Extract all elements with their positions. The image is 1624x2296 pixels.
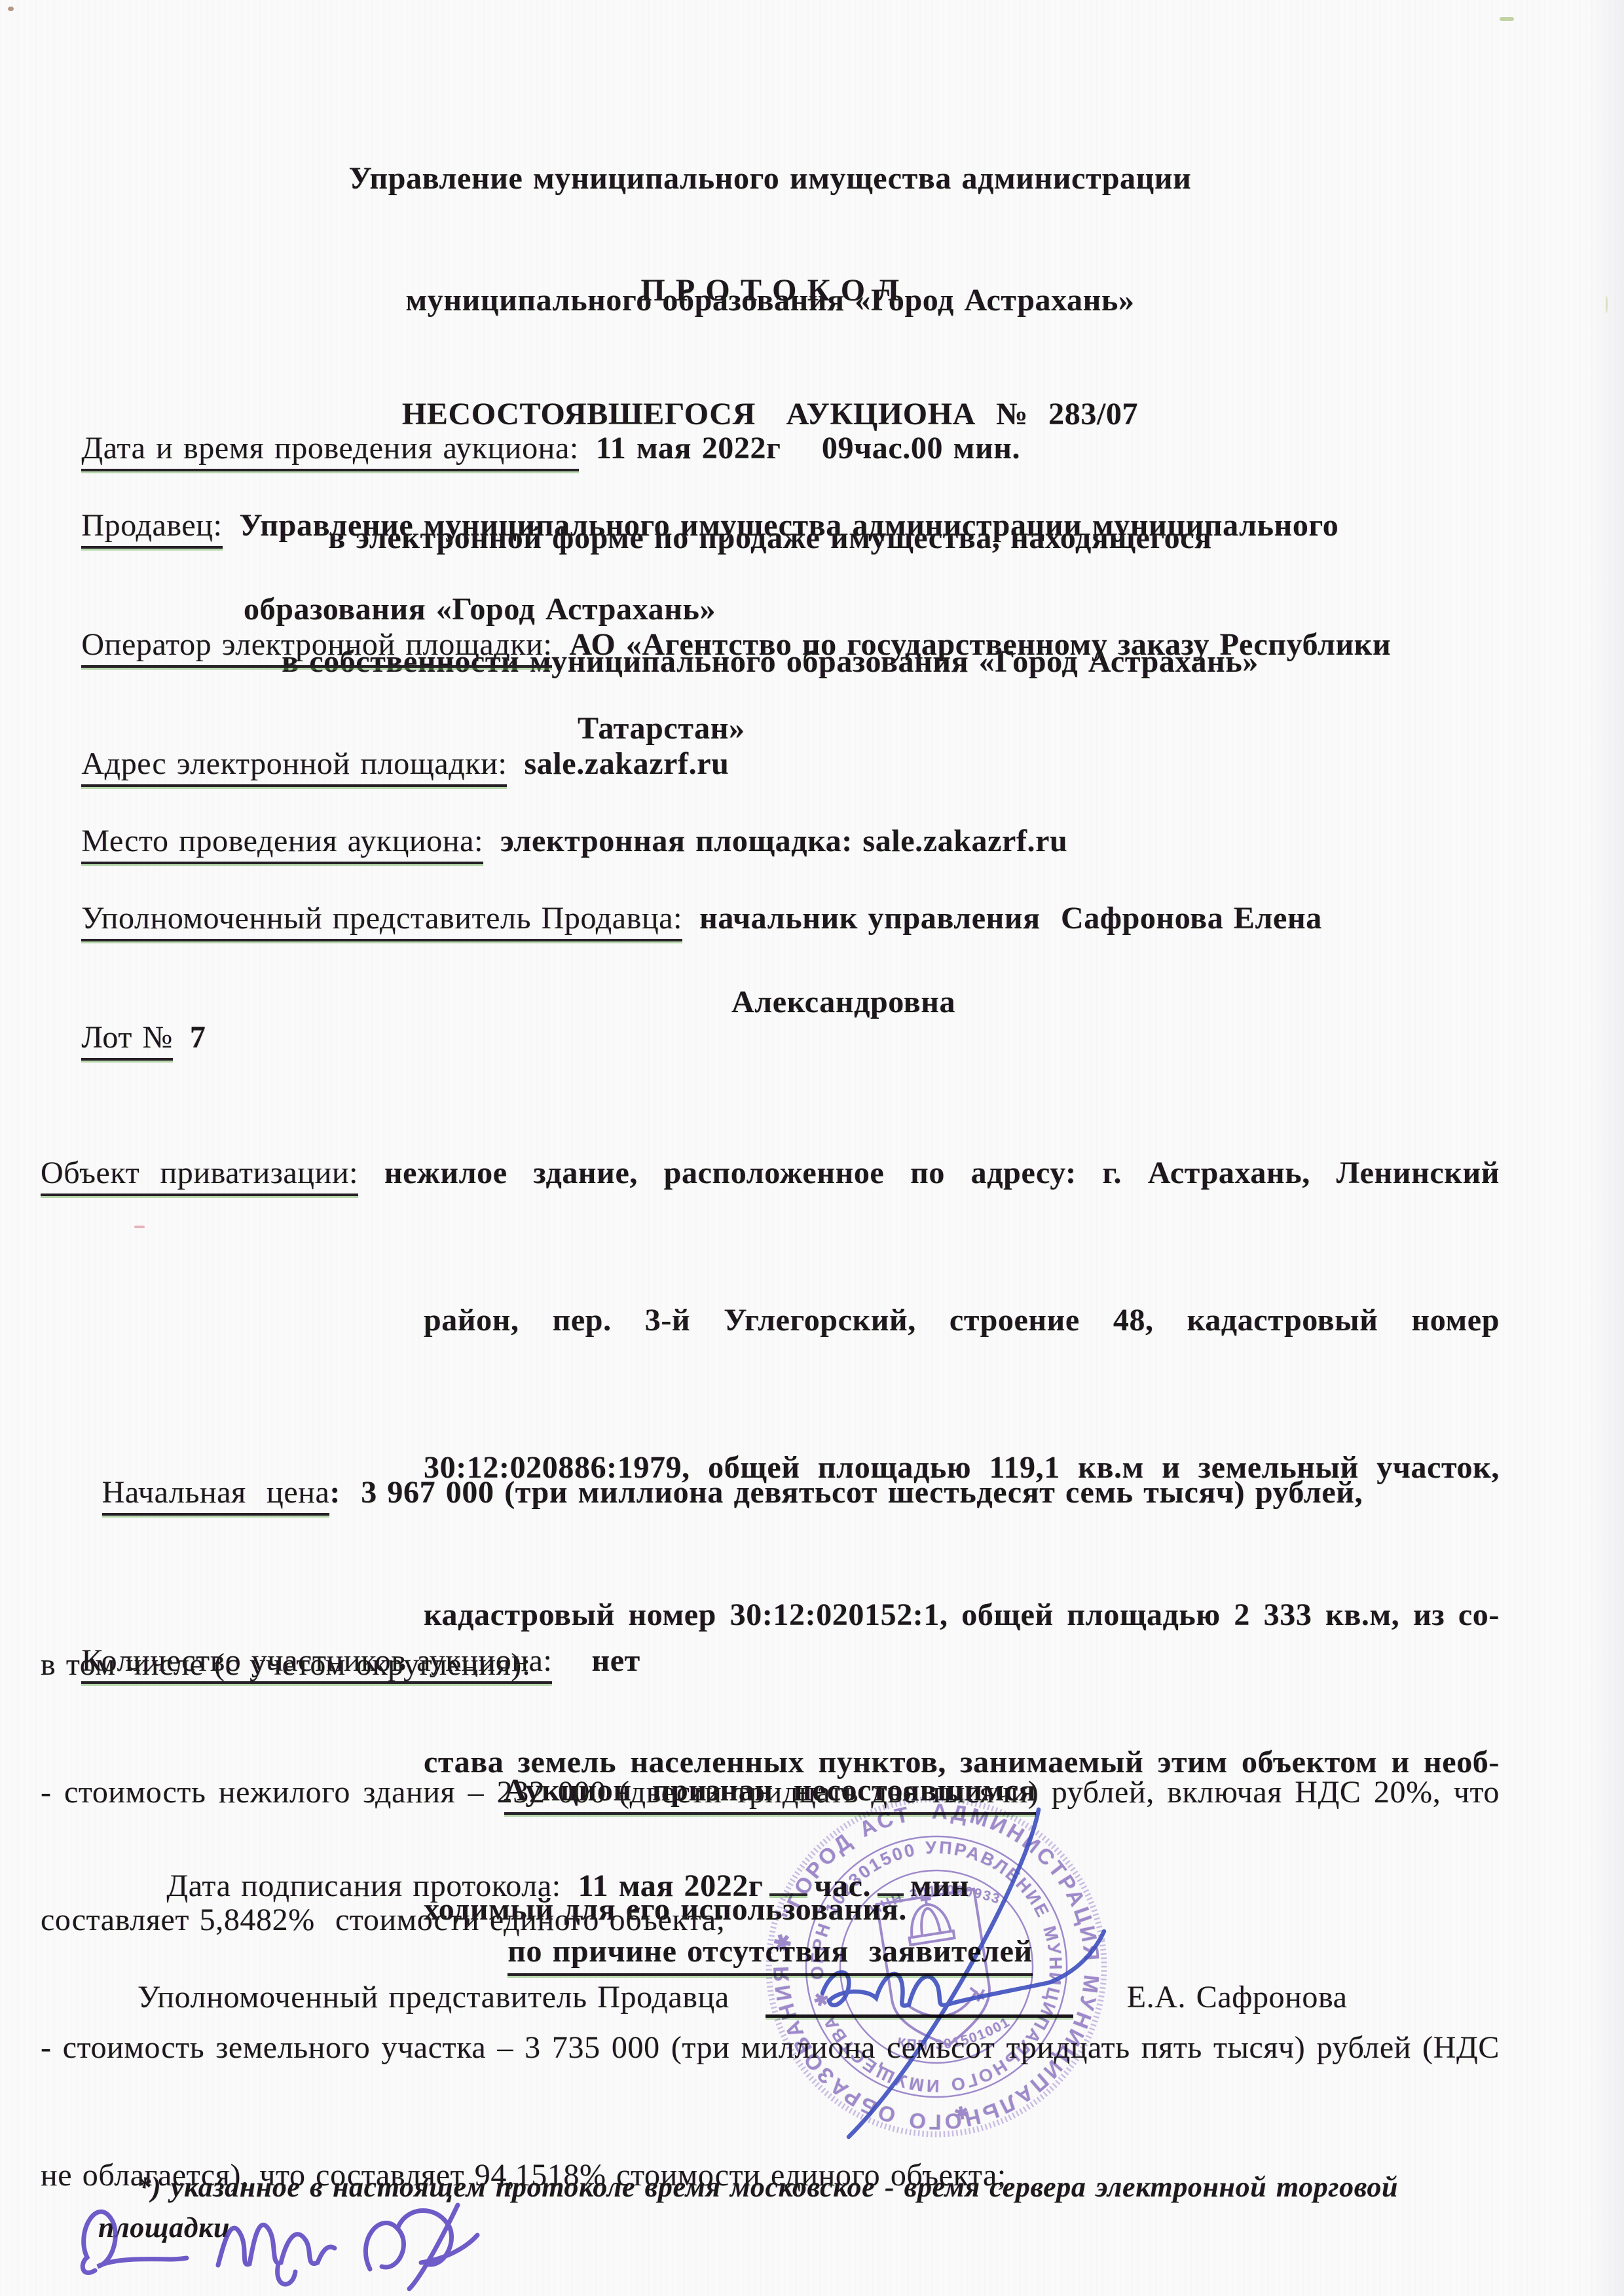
seller-representative-line1: начальник управления Сафронова Елена: [699, 901, 1322, 936]
title-protocol: П Р О Т О К О Л: [41, 270, 1500, 311]
signature-row-label: Уполномоченный представитель Продавца: [138, 1977, 729, 2018]
start-price-value: : 3 967 000 (три миллиона девятьсот шест…: [329, 1475, 1363, 1510]
seal-kpp-text: КПП 301501001: [893, 2013, 1015, 2059]
seller-value-line1: Управление муниципального имущества адми…: [240, 508, 1339, 543]
privatization-object-label: Объект приватизации:: [41, 1156, 358, 1196]
signing-date-value: 11 мая 2022г: [578, 1868, 764, 1903]
privatization-object-line1: нежилое здание, расположенное по адресу:…: [384, 1156, 1500, 1190]
scan-speck: [8, 7, 14, 11]
auction-datetime-value: 11 мая 2022г 09час.00 мин.: [596, 431, 1020, 465]
platform-address-value: sale.zakazrf.ru: [524, 746, 729, 781]
start-price-label: Начальная цена: [102, 1476, 330, 1516]
signature-name: Е.А. Сафронова: [1127, 1977, 1348, 2018]
seal-outer-ring-text: АДМИНИСТРАЦИЯ МУНИЦИПАЛЬНОГО ОБРАЗОВАНИЯ…: [745, 1776, 1128, 2158]
operator-label: Оператор электронной площадки:: [81, 628, 552, 668]
operator-value-line1: АО «Агентство по государственному заказу…: [569, 627, 1391, 662]
scanned-protocol-page: Управление муниципального имущества адми…: [0, 0, 1624, 2296]
handwritten-signature-2: [218, 2225, 335, 2284]
official-seal: АДМИНИСТРАЦИЯ МУНИЦИПАЛЬНОГО ОБРАЗОВАНИЯ…: [745, 1776, 1128, 2158]
handwritten-signature-1: [83, 2212, 187, 2272]
seller-label: Продавец:: [81, 509, 222, 549]
auction-place-value: электронная площадка: sale.zakazrf.ru: [500, 824, 1067, 858]
seller-representative-label: Уполномоченный представитель Продавца:: [81, 902, 682, 941]
scan-speck: [1606, 296, 1608, 313]
scan-speck: [134, 1226, 145, 1228]
handwritten-signature-3: [365, 2205, 477, 2289]
handwritten-signatures: [62, 2187, 488, 2291]
privatization-object-line2: район, пер. 3-й Углегорский, строение 48…: [424, 1296, 1500, 1345]
seal-bottom-star: ✱: [953, 2102, 970, 2124]
signing-date-label: Дата подписания протокола:: [166, 1868, 561, 1903]
seal-microtext-ring: [745, 1776, 1128, 2158]
scan-speck: [1500, 17, 1514, 21]
